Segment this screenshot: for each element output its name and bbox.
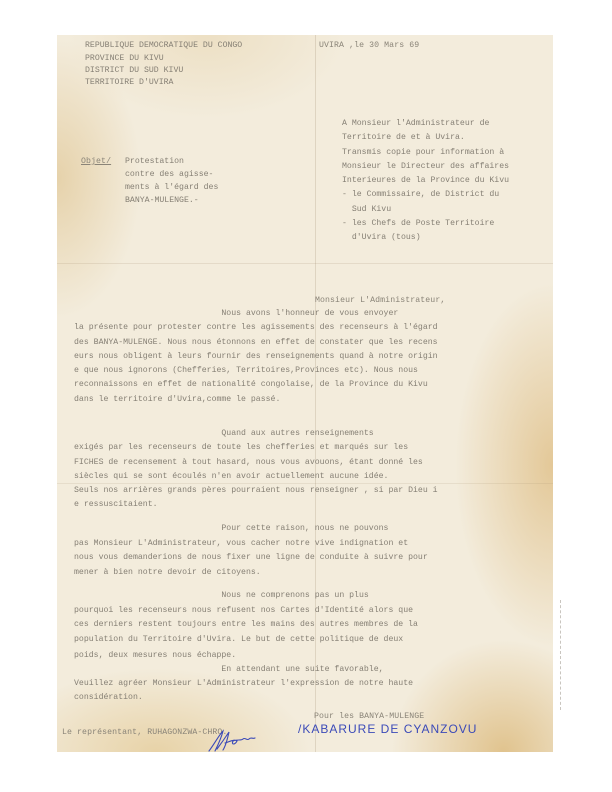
body-line: exigés par les recenseurs de toute les c… xyxy=(74,441,438,455)
body-line: e que nous ignorons (Chefferies, Territo… xyxy=(74,364,438,378)
body-line: En attendant une suite favorable, xyxy=(74,662,413,677)
recipient-line: Sud Kivu xyxy=(342,203,509,217)
body-line: siècles qui se sont écoulés n'en avoir a… xyxy=(74,470,438,484)
handwritten-note: /KABARURE DE CYANZOVU xyxy=(298,722,477,736)
place-date: UVIRA ,le 30 Mars 69 xyxy=(319,39,419,53)
letterhead: REPUBLIQUE DEMOCRATIQUE DU CONGO PROVINC… xyxy=(85,39,242,89)
body-line: dans le territoire d'Uvira,comme le pass… xyxy=(74,393,438,407)
scan-edge xyxy=(560,600,562,710)
body-line: des BANYA-MULENGE. Nous nous étonnons en… xyxy=(74,336,438,350)
body-line: Veuillez agréer Monsieur L'Administrateu… xyxy=(74,677,413,691)
recipient-line: Interieures de la Province du Kivu xyxy=(342,174,509,188)
subject-line: ments à l'égard des xyxy=(125,181,218,194)
letterhead-line: PROVINCE DU KIVU xyxy=(85,53,242,65)
body-line: pourquoi les recenseurs nous refusent no… xyxy=(74,604,418,618)
document-page: REPUBLIQUE DEMOCRATIQUE DU CONGO PROVINC… xyxy=(57,35,553,752)
body-line: eurs nous obligent à leurs fournir des r… xyxy=(74,350,438,364)
paragraph-5: En attendant une suite favorable, Veuill… xyxy=(74,662,413,706)
recipient-line: A Monsieur l'Administrateur de xyxy=(342,117,509,131)
recipient-line: - les Chefs de Poste Territoire xyxy=(342,217,509,231)
subject-block: Protestation contre des agisse- ments à … xyxy=(125,155,218,207)
letterhead-line: REPUBLIQUE DEMOCRATIQUE DU CONGO xyxy=(85,39,242,53)
paragraph-4: Nous ne comprenons pas un plus pourquoi … xyxy=(74,588,418,664)
body-line: FICHES de recensement à tout hasard, nou… xyxy=(74,456,438,470)
body-line: population du Territoire d'Uvira. Le but… xyxy=(74,633,418,647)
letterhead-line: TERRITOIRE D'UVIRA xyxy=(85,77,242,89)
recipient-line: - le Commissaire, de District du xyxy=(342,188,509,202)
representative: Le représentant, RUHAGONZWA-CHRO. xyxy=(62,726,227,740)
recipient-line: Transmis copie pour information à xyxy=(342,146,509,160)
body-line: Seuls nos arrières grands pères pourraie… xyxy=(74,484,438,498)
subject-line: BANYA-MULENGE.- xyxy=(125,194,218,207)
body-line: Pour cette raison, nous ne pouvons xyxy=(74,521,428,537)
paragraph-1: Nous avons l'honneur de vous envoyer la … xyxy=(74,307,438,407)
subject-line: Protestation xyxy=(125,155,218,168)
body-line: Nous avons l'honneur de vous envoyer xyxy=(74,307,438,321)
letterhead-line: DISTRICT DU SUD KIVU xyxy=(85,65,242,77)
fold-line-horizontal xyxy=(57,263,553,264)
paragraph-2: Quand aux autres renseignements exigés p… xyxy=(74,427,438,513)
recipient-line: d'Uvira (tous) xyxy=(342,231,509,245)
recipients-block: A Monsieur l'Administrateur de Territoir… xyxy=(342,117,509,246)
body-line: considération. xyxy=(74,691,413,705)
body-line: la présente pour protester contre les ag… xyxy=(74,321,438,335)
body-line: reconnaissons en effet de nationalité co… xyxy=(74,378,438,392)
recipient-line: Territoire de et à Uvira. xyxy=(342,131,509,145)
paragraph-3: Pour cette raison, nous ne pouvons pas M… xyxy=(74,521,428,580)
body-line: mener à bien notre devoir de citoyens. xyxy=(74,566,428,580)
signature-icon xyxy=(205,729,265,753)
body-line: Nous ne comprenons pas un plus xyxy=(74,588,418,604)
subject-line: contre des agisse- xyxy=(125,168,218,181)
body-line: nous vous demanderions de nous fixer une… xyxy=(74,551,428,565)
body-line: e ressuscitaient. xyxy=(74,498,438,512)
body-line: Quand aux autres renseignements xyxy=(74,427,438,441)
recipient-line: Monsieur le Directeur des affaires xyxy=(342,160,509,174)
body-line: ces derniers restent toujours entre les … xyxy=(74,618,418,632)
body-line: pas Monsieur L'Administrateur, vous cach… xyxy=(74,537,428,551)
subject-label: Objet/ xyxy=(81,155,111,169)
